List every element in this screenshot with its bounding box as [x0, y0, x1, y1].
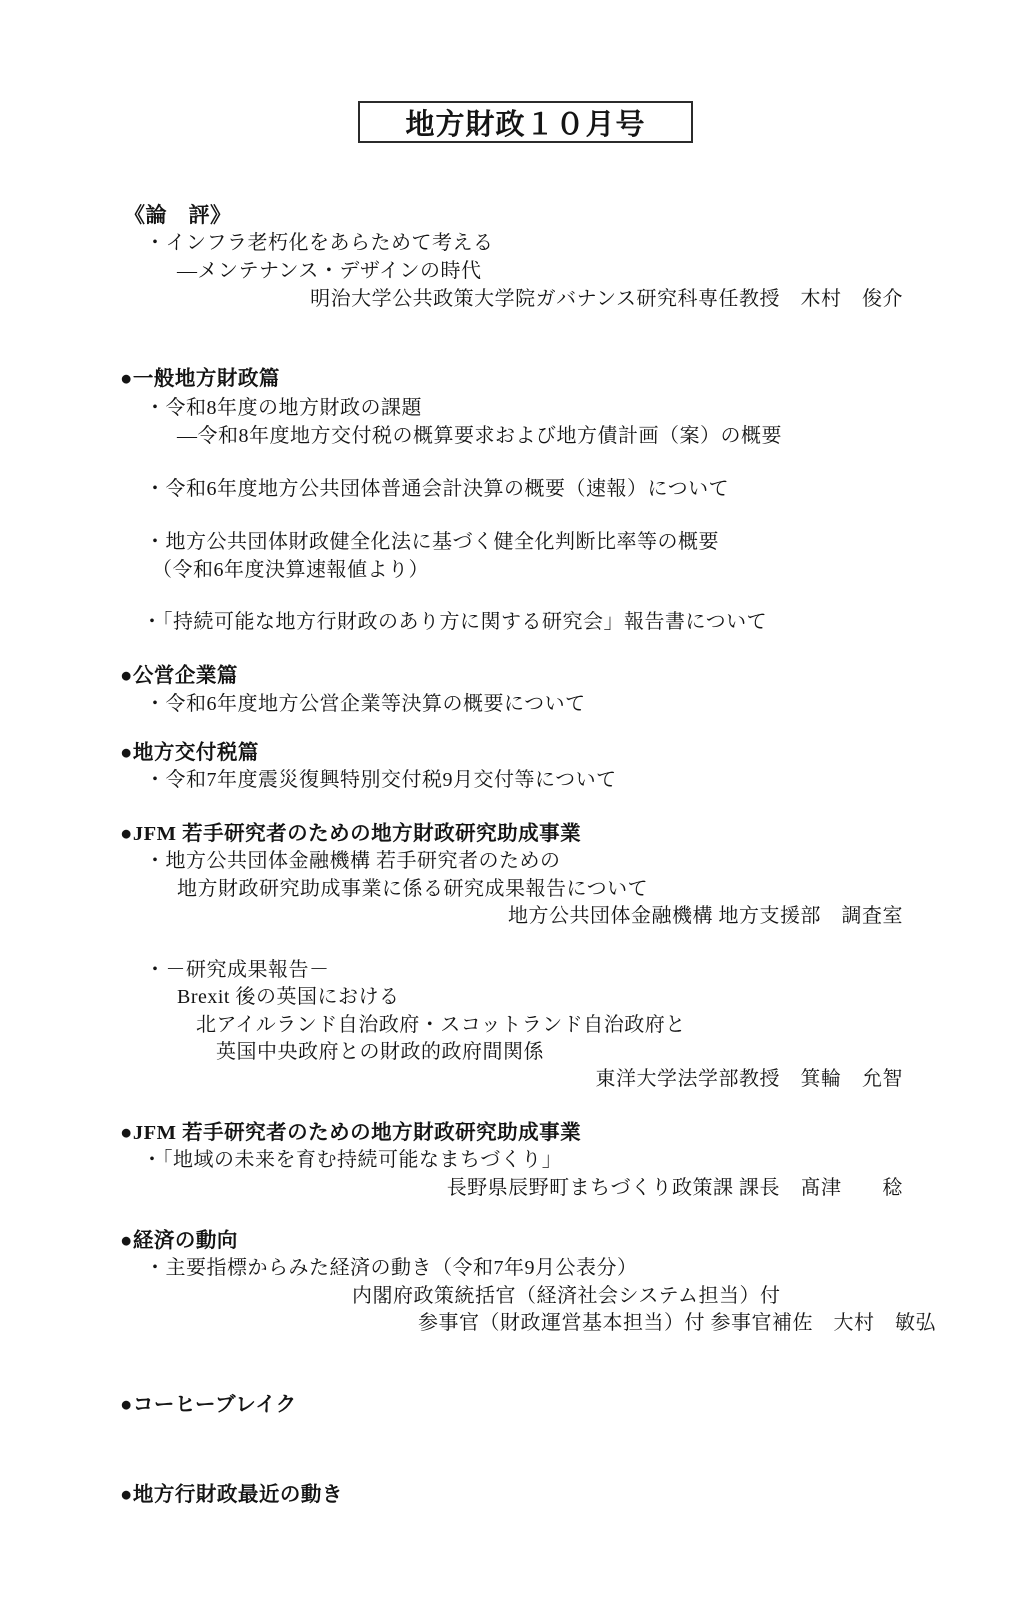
toc-line: 英国中央政府との財政的政府間関係: [216, 1038, 544, 1066]
section-header-coffee-break: ●コーヒーブレイク: [120, 1391, 297, 1419]
toc-author-line: 地方公共団体金融機構 地方支援部 調査室: [508, 902, 903, 930]
toc-line: ・令和6年度地方公営企業等決算の概要について: [145, 690, 586, 718]
toc-line: ・地方公共団体財政健全化法に基づく健全化判断比率等の概要: [145, 528, 719, 556]
toc-line: ―メンテナンス・デザインの時代: [177, 257, 482, 285]
toc-line: ・令和7年度震災復興特別交付税9月交付等について: [145, 766, 617, 794]
toc-line: ・地方公共団体金融機構 若手研究者のための: [145, 847, 561, 875]
toc-line: ・主要指標からみた経済の動き（令和7年9月公表分）: [145, 1254, 638, 1282]
toc-line: ・令和8年度の地方財政の課題: [145, 394, 422, 422]
toc-line: ・－研究成果報告－: [145, 956, 330, 984]
toc-line: 地方財政研究助成事業に係る研究成果報告について: [177, 875, 648, 903]
toc-line: Brexit 後の英国における: [177, 983, 400, 1011]
toc-line: ・インフラ老朽化をあらためて考える: [145, 229, 494, 257]
toc-author-line: 明治大学公共政策大学院ガバナンス研究科専任教授 木村 俊介: [310, 285, 903, 313]
section-header-public-enterprise: ●公営企業篇: [120, 662, 238, 690]
document-page: 地方財政１０月号 《論 評》 ・インフラ老朽化をあらためて考える ―メンテナンス…: [0, 0, 1023, 1600]
section-header-recent-trends: ●地方行財政最近の動き: [120, 1481, 343, 1509]
toc-author-line: 参事官（財政運営基本担当）付 参事官補佐 大村 敏弘: [418, 1309, 936, 1337]
journal-title-box: 地方財政１０月号: [358, 101, 693, 143]
section-header-economy: ●経済の動向: [120, 1227, 238, 1255]
toc-line: ・令和6年度地方公共団体普通会計決算の概要（速報）について: [145, 475, 729, 503]
toc-line: ・「地域の未来を育む持続可能なまちづくり」: [142, 1146, 562, 1174]
section-header-local-allocation-tax: ●地方交付税篇: [120, 739, 259, 767]
section-header-jfm-grant-1: ●JFM 若手研究者のための地方財政研究助成事業: [120, 820, 581, 848]
section-header-general: ●一般地方財政篇: [120, 365, 280, 393]
journal-title: 地方財政１０月号: [405, 102, 645, 143]
toc-line: （令和6年度決算速報値より）: [152, 556, 429, 584]
toc-line: ・「持続可能な地方行財政のあり方に関する研究会」報告書について: [142, 608, 767, 636]
section-header-jfm-grant-2: ●JFM 若手研究者のための地方財政研究助成事業: [120, 1119, 581, 1147]
toc-line: ―令和8年度地方交付税の概算要求および地方債計画（案）の概要: [177, 422, 782, 450]
toc-line: 北アイルランド自治政府・スコットランド自治政府と: [196, 1011, 686, 1039]
toc-line: 内閣府政策統括官（経済社会システム担当）付: [352, 1282, 781, 1310]
section-header-review: 《論 評》: [124, 201, 232, 229]
toc-author-line: 長野県辰野町まちづくり政策課 課長 髙津 稔: [447, 1174, 903, 1202]
toc-author-line: 東洋大学法学部教授 箕輪 允智: [596, 1065, 904, 1093]
